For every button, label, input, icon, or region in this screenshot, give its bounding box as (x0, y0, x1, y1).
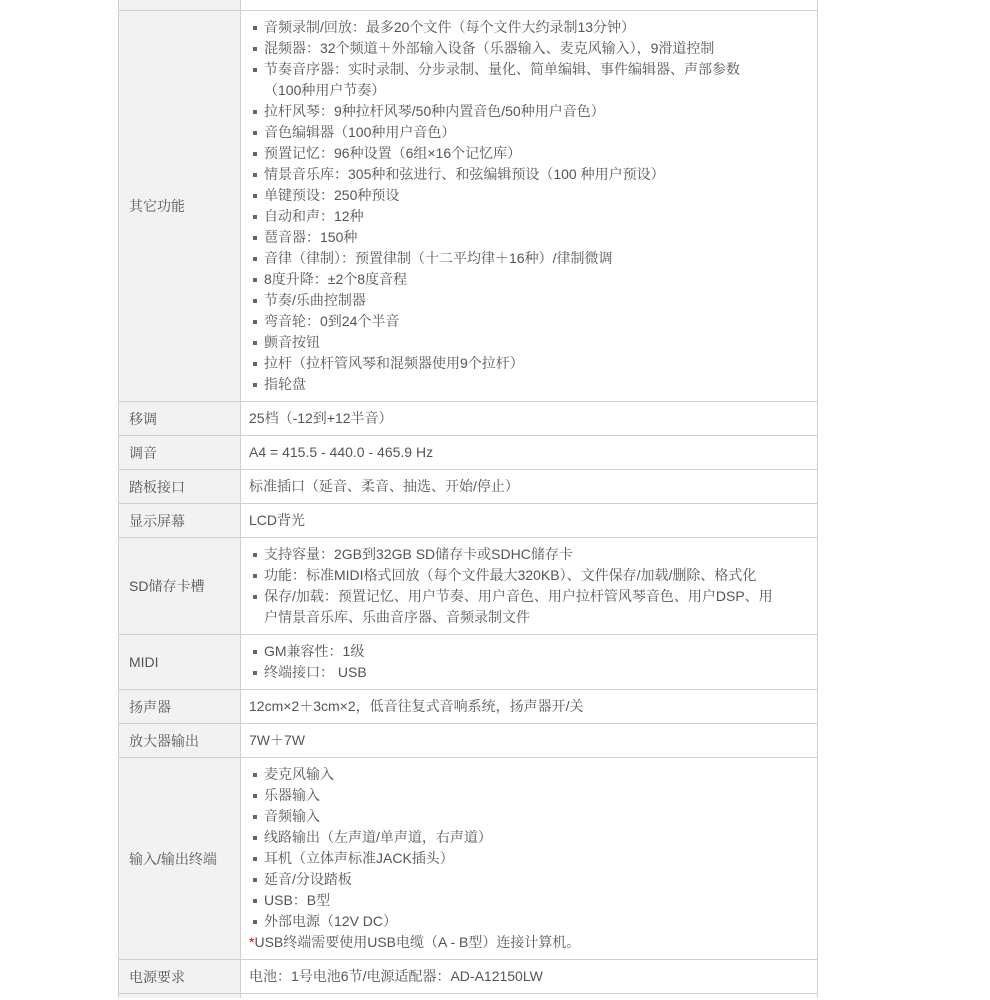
value-line: 节奏音序器：实时录制、分步录制、量化、简单编辑、事件编辑器、声部参数 (249, 59, 809, 80)
value-line: 琶音器：150种 (249, 227, 809, 248)
value-line: 音律（律制）：预置律制（十二平均律＋16种）/律制微调 (249, 248, 809, 269)
row-value: 标准插口（延音、柔音、抽选、开始/停止） (241, 470, 817, 503)
value-line: 节奏/乐曲控制器 (249, 290, 809, 311)
value-line: 标准插口（延音、柔音、抽选、开始/停止） (249, 476, 809, 497)
table-row: MIDIGM兼容性：1级终端接口： USB (119, 634, 817, 689)
table-row: 调音A4 = 415.5 - 440.0 - 465.9 Hz (119, 435, 817, 469)
value-line: 7W＋7W (249, 730, 809, 751)
row-value: 电池：1号电池6节/电源适配器：AD-A12150LW (241, 960, 817, 993)
table-row: 显示屏幕LCD背光 (119, 503, 817, 537)
value-line: 弯音轮：0到24个半音 (249, 311, 809, 332)
value-line: 户情景音乐库、乐曲音序器、音频录制文件 (249, 607, 809, 628)
table-row: 输入/输出终端麦克风输入乐器输入音频输入线路输出（左声道/单声道，右声道）耳机（… (119, 757, 817, 959)
value-line: 延音/分设踏板 (249, 869, 809, 890)
value-line: USB：B型 (249, 890, 809, 911)
value-line: LCD背光 (249, 510, 809, 531)
row-label: MIDI (119, 635, 241, 689)
table-row: 移调25档（-12到+12半音） (119, 401, 817, 435)
table-row: 放大器输出7W＋7W (119, 723, 817, 757)
table-row: 扬声器12cm×2＋3cm×2，低音往复式音响系统，扬声器开/关 (119, 689, 817, 723)
value-line: 8度升降：±2个8度音程 (249, 269, 809, 290)
footnote-text: USB终端需要使用USB电缆（A - B型）连接计算机。 (254, 934, 580, 950)
row-label: 其它功能 (119, 11, 241, 401)
value-line: 外部电源（12V DC） (249, 911, 809, 932)
row-value: 麦克风输入乐器输入音频输入线路输出（左声道/单声道，右声道）耳机（立体声标准JA… (241, 758, 817, 959)
value-line: 拉杆（拉杆管风琴和混频器使用9个拉杆） (249, 353, 809, 374)
row-label (119, 0, 241, 10)
value-line: 耳机（立体声标准JACK插头） (249, 848, 809, 869)
value-line: 保存/加载：预置记忆、用户节奏、用户音色、用户拉杆管风琴音色、用户DSP、用 (249, 586, 809, 607)
footnote-line: *USB终端需要使用USB电缆（A - B型）连接计算机。 (249, 932, 809, 953)
row-label: SD储存卡槽 (119, 538, 241, 634)
value-line: （100种用户节奏） (249, 80, 809, 101)
table-row (119, 993, 817, 998)
value-line: 单键预设：250种预设 (249, 185, 809, 206)
value-line: 电池：1号电池6节/电源适配器：AD-A12150LW (249, 966, 809, 987)
row-value: 音频录制/回放：最多20个文件（每个文件大约录制13分钟）混频器：32个频道＋外… (241, 11, 817, 401)
value-line: 指轮盘 (249, 374, 809, 395)
row-label: 调音 (119, 436, 241, 469)
row-value: 25档（-12到+12半音） (241, 402, 817, 435)
table-row: 踏板接口标准插口（延音、柔音、抽选、开始/停止） (119, 469, 817, 503)
row-label: 放大器输出 (119, 724, 241, 757)
row-value: GM兼容性：1级终端接口： USB (241, 635, 817, 689)
value-line: 乐器输入 (249, 785, 809, 806)
value-line: 支持容量：2GB到32GB SD储存卡或SDHC储存卡 (249, 544, 809, 565)
row-label: 踏板接口 (119, 470, 241, 503)
row-value: 12cm×2＋3cm×2，低音往复式音响系统，扬声器开/关 (241, 690, 817, 723)
value-line: 拉杆风琴：9种拉杆风琴/50种内置音色/50种用户音色） (249, 101, 809, 122)
value-line: 麦克风输入 (249, 764, 809, 785)
value-line: 预置记忆：96种设置（6组×16个记忆库） (249, 143, 809, 164)
value-line: 自动和声：12种 (249, 206, 809, 227)
value-line: 25档（-12到+12半音） (249, 408, 809, 429)
row-label: 扬声器 (119, 690, 241, 723)
table-row (119, 0, 817, 10)
spec-table: 其它功能音频录制/回放：最多20个文件（每个文件大约录制13分钟）混频器：32个… (118, 0, 818, 998)
row-value (241, 994, 817, 1000)
value-line: 颤音按钮 (249, 332, 809, 353)
row-value: 7W＋7W (241, 724, 817, 757)
value-line: 音频录制/回放：最多20个文件（每个文件大约录制13分钟） (249, 17, 809, 38)
value-line: 音频输入 (249, 806, 809, 827)
row-value: 支持容量：2GB到32GB SD储存卡或SDHC储存卡功能：标准MIDI格式回放… (241, 538, 817, 634)
row-label: 显示屏幕 (119, 504, 241, 537)
table-row: 其它功能音频录制/回放：最多20个文件（每个文件大约录制13分钟）混频器：32个… (119, 10, 817, 401)
table-row: SD储存卡槽支持容量：2GB到32GB SD储存卡或SDHC储存卡功能：标准MI… (119, 537, 817, 634)
value-line: 情景音乐库：305种和弦进行、和弦编辑预设（100 种用户预设） (249, 164, 809, 185)
value-line: GM兼容性：1级 (249, 641, 809, 662)
value-line: 混频器：32个频道＋外部输入设备（乐器输入、麦克风输入），9滑道控制 (249, 38, 809, 59)
row-label: 输入/输出终端 (119, 758, 241, 959)
row-label: 移调 (119, 402, 241, 435)
value-line: 12cm×2＋3cm×2，低音往复式音响系统，扬声器开/关 (249, 696, 809, 717)
row-label (119, 994, 241, 998)
value-line: A4 = 415.5 - 440.0 - 465.9 Hz (249, 442, 809, 463)
value-line: 功能：标准MIDI格式回放（每个文件最大320KB）、文件保存/加载/删除、格式… (249, 565, 809, 586)
row-value: A4 = 415.5 - 440.0 - 465.9 Hz (241, 436, 817, 469)
value-line: 终端接口： USB (249, 662, 809, 683)
value-line: 线路输出（左声道/单声道，右声道） (249, 827, 809, 848)
row-label: 电源要求 (119, 960, 241, 993)
value-line: 音色编辑器（100种用户音色） (249, 122, 809, 143)
table-row: 电源要求电池：1号电池6节/电源适配器：AD-A12150LW (119, 959, 817, 993)
row-value: LCD背光 (241, 504, 817, 537)
